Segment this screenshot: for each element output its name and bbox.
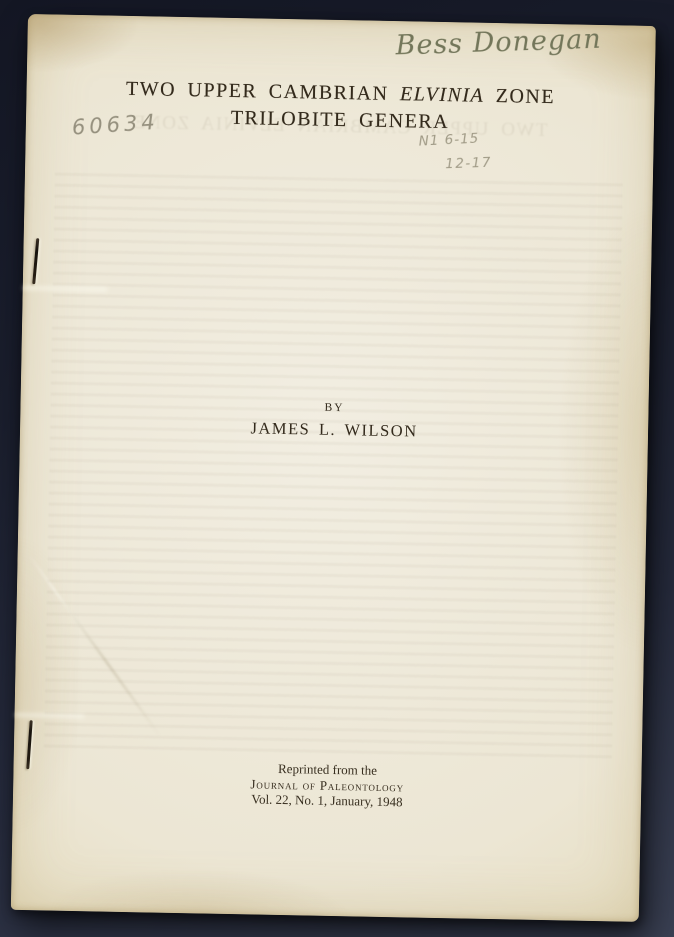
title-genus-italic: ELVINIA	[400, 83, 485, 107]
imprint-block: Reprinted from the Journal of Paleontolo…	[13, 756, 642, 815]
paper-crease-lower	[15, 713, 85, 718]
owner-signature-handwriting: Bess Donegan	[395, 24, 602, 62]
title-line1-prefix: TWO UPPER CAMBRIAN	[126, 78, 400, 105]
catalog-number-handwriting: 60634	[71, 110, 159, 140]
photo-background: TWO UPPER CAMBRIAN ELVINIA ZONE TWO UPPE…	[0, 0, 674, 937]
pencil-note-line1: N1 6-15	[418, 131, 479, 150]
paper-crease-diagonal	[28, 554, 162, 737]
staple-top	[32, 238, 39, 284]
author-name: JAMES L. WILSON	[20, 414, 648, 446]
pencil-note-line2: 12-17	[445, 155, 492, 173]
reverse-text-showthrough	[44, 165, 623, 766]
title-line1-suffix: ZONE	[484, 85, 555, 108]
reprint-cover-page: TWO UPPER CAMBRIAN ELVINIA ZONE TWO UPPE…	[11, 14, 656, 922]
paper-crease-upper	[23, 286, 108, 292]
